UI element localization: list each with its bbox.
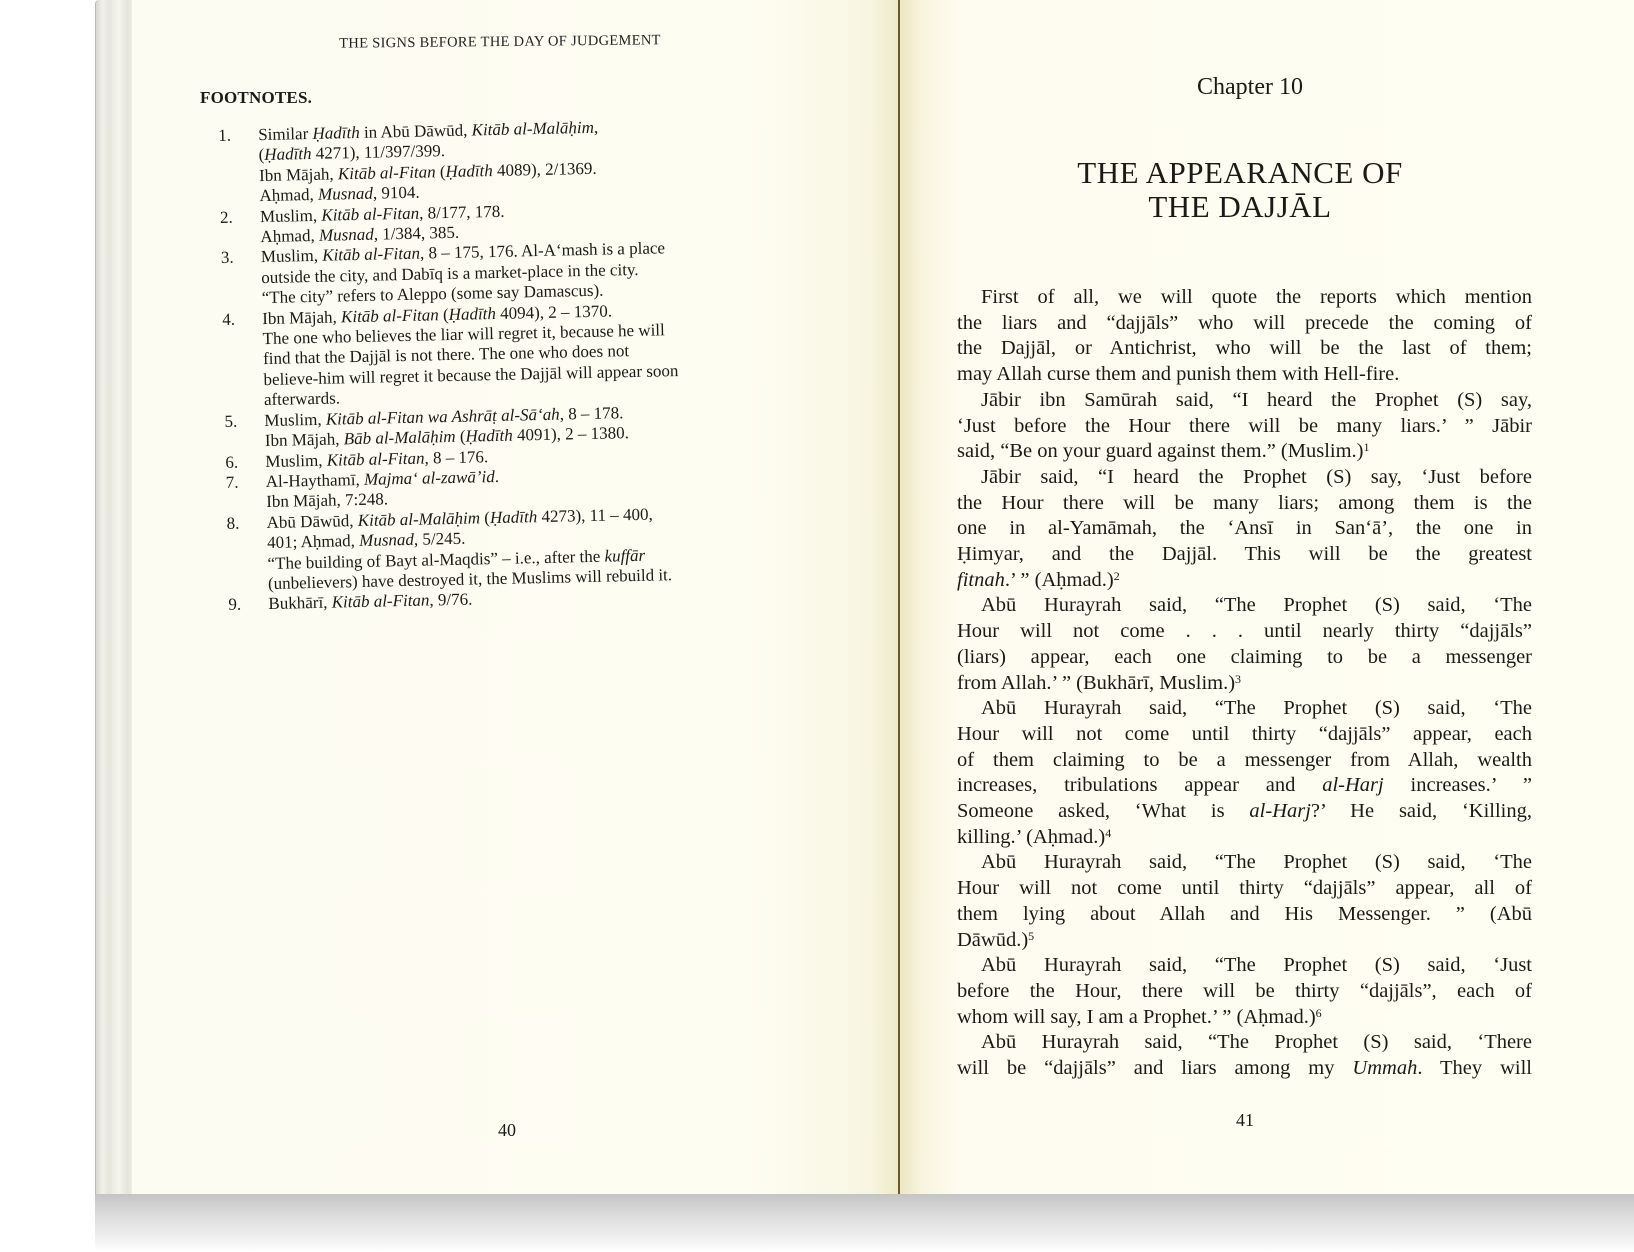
body-line: Someone asked, ‘What is al-Harj?’ He sai… [957, 799, 1532, 825]
footnote-number: 3. [221, 248, 262, 310]
body-line: killing.’ (Aḥmad.)4 [957, 825, 1532, 851]
body-line: the Hour there will be many liars; among… [957, 491, 1532, 517]
chapter-title-line: THE APPEARANCE OF [1000, 156, 1480, 190]
body-line: Jābir said, “I heard the Prophet (S) say… [957, 465, 1532, 491]
body-line: Hour will not come . . . until nearly th… [957, 619, 1532, 645]
body-line: ‘Just before the Hour there will be many… [957, 414, 1532, 440]
footnote-number: 6. [225, 452, 265, 473]
footnote-number: 9. [228, 594, 268, 615]
chapter-label: Chapter 10 [1100, 74, 1400, 101]
book-spine [898, 0, 900, 1200]
footnote-ref: 6 [1316, 1006, 1322, 1020]
body-line: from Allah.’ ” (Bukhārī, Muslim.)3 [957, 671, 1532, 697]
footnote-ref: 1 [1364, 440, 1370, 454]
body-line: Hour will not come until thirty “dajjāls… [957, 722, 1532, 748]
body-line: (liars) appear, each one claiming to be … [957, 645, 1532, 671]
footnote-ref: 5 [1028, 929, 1034, 943]
chapter-body: First of all, we will quote the reports … [957, 285, 1532, 1082]
footnote-number: 5. [224, 411, 265, 453]
body-line: of them claiming to be a messenger from … [957, 748, 1532, 774]
footnote-number: 7. [226, 472, 267, 514]
footnote-item: 1. Similar Ḥadīth in Abū Dāwūd, Kitāb al… [218, 113, 810, 207]
book-bottom-shadow [95, 1194, 1634, 1252]
body-line: them lying about Allah and His Messenger… [957, 902, 1532, 928]
page-number-left: 40 [498, 1120, 516, 1141]
body-line: may Allah curse them and punish them wit… [957, 362, 1532, 388]
footnote-item: 4. Ibn Mājah, Kitāb al-Fitan (Ḥadīth 409… [222, 297, 814, 412]
body-line: will be “dajjāls” and liars among my Umm… [957, 1056, 1532, 1082]
body-line: the Dajjāl, or Antichrist, who will be t… [957, 336, 1532, 362]
body-line: the liars and “dajjāls” who will precede… [957, 311, 1532, 337]
footnote-list: 1. Similar Ḥadīth in Abū Dāwūd, Kitāb al… [218, 113, 819, 616]
body-line: before the Hour, there will be thirty “d… [957, 979, 1532, 1005]
body-line: First of all, we will quote the reports … [957, 285, 1532, 311]
footnote-number: 2. [220, 207, 261, 249]
body-line: one in al-Yamāmah, the ‘Ansī in San‘ā’, … [957, 516, 1532, 542]
body-line: Abū Hurayrah said, “The Prophet (S) said… [957, 850, 1532, 876]
body-line: Dāwūd.)5 [957, 928, 1532, 954]
body-line: fitnah.’ ” (Aḥmad.)2 [957, 568, 1532, 594]
body-line: Abū Hurayrah said, “The Prophet (S) said… [957, 1030, 1532, 1056]
footnote-number: 8. [226, 513, 268, 595]
body-line: Abū Hurayrah said, “The Prophet (S) said… [957, 593, 1532, 619]
footnote-ref: 3 [1235, 672, 1241, 686]
footnote-ref: 4 [1105, 826, 1111, 840]
body-line: Abū Hurayrah said, “The Prophet (S) said… [957, 696, 1532, 722]
page-number-right: 41 [1236, 1110, 1254, 1131]
footnotes-heading: FOOTNOTES. [200, 88, 312, 108]
footnote-number: 4. [222, 309, 264, 412]
chapter-title-line: THE DAJJĀL [1000, 190, 1480, 224]
body-line: Abū Hurayrah said, “The Prophet (S) said… [957, 953, 1532, 979]
body-line: Jābir ibn Samūrah said, “I heard the Pro… [957, 388, 1532, 414]
body-line: whom will say, I am a Prophet.’ ” (Aḥmad… [957, 1005, 1532, 1031]
footnote-number: 1. [218, 125, 260, 207]
body-line: Hour will not come until thirty “dajjāls… [957, 876, 1532, 902]
body-line: increases, tribulations appear and al-Ha… [957, 773, 1532, 799]
body-line: Ḥimyar, and the Dajjāl. This will be the… [957, 542, 1532, 568]
footnote-ref: 2 [1114, 569, 1120, 583]
body-line: said, “Be on your guard against them.” (… [957, 439, 1532, 465]
footnote-item: 8. Abū Dāwūd, Kitāb al-Malāḥim (Ḥadīth 4… [226, 501, 818, 595]
chapter-title: THE APPEARANCE OF THE DAJJĀL [1000, 156, 1480, 224]
